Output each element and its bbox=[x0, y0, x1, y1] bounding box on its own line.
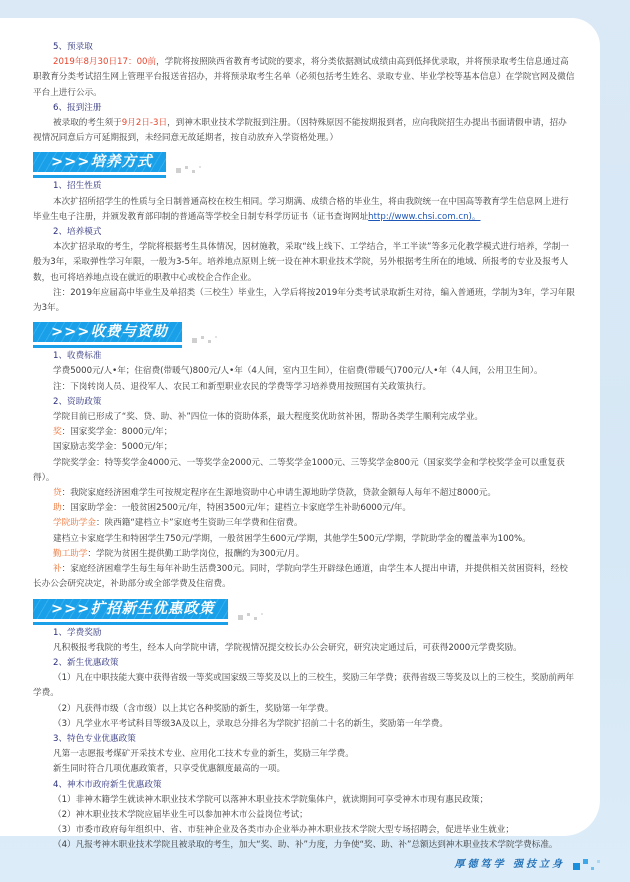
subheading-enrollment-nature: 1、招生性质 bbox=[33, 179, 575, 194]
list-item: （1）凡在中职技能大赛中获得省级一等奖或国家级三等奖及以上的三校生，奖励三年学费… bbox=[33, 671, 575, 701]
paragraph-inspirational-scholarship: 国家励志奖学金：5000元/年； bbox=[33, 440, 575, 455]
paragraph-work-study: 勤工助学：学院为贫困生提供勤工助学岗位，报酬约为300元/月。 bbox=[33, 547, 575, 562]
paragraph-training-note: 注：2019年应届高中毕业生及单招类（三校生）毕业生，入学后将按2019年分类考… bbox=[33, 286, 575, 316]
subheading-registration: 6、报到注册 bbox=[33, 101, 575, 116]
paragraph-pre-admission: 2019年8月30日17：00前，学院将按照陕西省教育考试院的要求，将分类依据测… bbox=[33, 55, 575, 101]
section-header-fees: >>>收费与资助 bbox=[33, 319, 575, 345]
deadline-highlight: 2019年8月30日17：00前 bbox=[53, 57, 156, 67]
subheading-tuition-award: 1、学费奖励 bbox=[33, 626, 575, 641]
paragraph-fees: 学费5000元/人•年；住宿费(带暖气)800元/人•年（4人间，室内卫生间），… bbox=[33, 364, 575, 379]
paragraph-special-major-note: 新生同时符合几项优惠政策者，只享受优惠额度最高的一项。 bbox=[33, 762, 575, 777]
footer: 厚德笃学 强技立身 bbox=[455, 855, 600, 870]
section-banner: >>>培养方式 bbox=[33, 152, 166, 175]
paragraph-scholarship: 奖：国家奖学金：8000元/年； bbox=[33, 425, 575, 440]
section-banner: >>>扩招新生优惠政策 bbox=[33, 599, 228, 622]
paragraph-college-grant: 学院助学金：陕西籍“建档立卡”家庭考生资助三年学费和住宿费。 bbox=[33, 516, 575, 531]
subheading-government-policy: 4、神木市政府新生优惠政策 bbox=[33, 778, 575, 793]
paragraph-training-mode: 本次扩招录取的考生，学院将根据考生具体情况，因材施教，采取“线上线下、工学结合，… bbox=[33, 240, 575, 286]
paragraph-loan: 贷：我院家庭经济困难学生可按规定程序在生源地资助中心申请生源地助学贷款，贷款金额… bbox=[33, 486, 575, 501]
decorative-dots-icon bbox=[176, 166, 201, 175]
paragraph-subsidy: 补：家庭经济困难学生每生每年补助生活费300元。同时，学院向学生开辟绿色通道，由… bbox=[33, 562, 575, 592]
list-item: （2）凡获得市级（含市级）以上其它各种奖励的新生，奖励第一年学费。 bbox=[33, 702, 575, 717]
section-header-policy: >>>扩招新生优惠政策 bbox=[33, 596, 575, 622]
subheading-training-mode: 2、培养模式 bbox=[33, 225, 575, 240]
list-item: （3）凡学业水平考试科目等级3A及以上，录取总分排名为学院扩招前二十名的新生，奖… bbox=[33, 717, 575, 732]
list-item: （1）非神木籍学生就读神木职业技术学院可以落神木职业技术学院集体户，就读期间可享… bbox=[33, 793, 575, 808]
subheading-pre-admission: 5、预录取 bbox=[33, 40, 575, 55]
document-content: 5、预录取 2019年8月30日17：00前，学院将按照陕西省教育考试院的要求，… bbox=[33, 40, 575, 854]
paragraph-registration: 被录取的考生须于9月2日-3日，到神木职业技术学院报到注册。（因特殊原因不能按期… bbox=[33, 116, 575, 146]
paragraph-college-scholarship: 学院奖学金：特等奖学金4000元、一等奖学金2000元、二等奖学金1000元、三… bbox=[33, 456, 575, 486]
list-item: （3）市委市政府每年组织中、省、市驻神企业及各类市办企业举办神木职业技术学院大型… bbox=[33, 823, 575, 838]
paragraph-fees-note: 注：下岗转岗人员、退役军人、农民工和新型职业农民的学费等学习培养费用按照国有关政… bbox=[33, 380, 575, 395]
paragraph-college-grant-detail: 建档立卡家庭学生和特困学生750元/学期，一般贫困学生600元/学期，其他学生5… bbox=[33, 532, 575, 547]
paragraph-enrollment-nature: 本次扩招所招学生的性质与全日制普通高校在校生相同。学习期满、成绩合格的毕业生，将… bbox=[33, 195, 575, 225]
decorative-dots-icon bbox=[192, 336, 217, 345]
chsi-link[interactable]: http://www.chsi.com.cn)。 bbox=[368, 212, 480, 222]
school-motto: 厚德笃学 强技立身 bbox=[455, 855, 565, 870]
list-item: （2）神木职业技术学院应届毕业生可以参加神木市公益岗位考试； bbox=[33, 808, 575, 823]
date-highlight: 9月2日-3日 bbox=[122, 118, 167, 128]
section-header-training: >>>培养方式 bbox=[33, 149, 575, 175]
page-card: 5、预录取 2019年8月30日17：00前，学院将按照陕西省教育考试院的要求，… bbox=[0, 18, 600, 836]
decorative-squares-icon bbox=[573, 859, 600, 870]
paragraph-grant: 助：国家助学金：一般贫困2500元/年，特困3500元/年；建档立卡家庭学生补助… bbox=[33, 501, 575, 516]
subheading-special-major-policy: 3、特色专业优惠政策 bbox=[33, 732, 575, 747]
list-item: （4）凡报考神木职业技术学院且被录取的考生，加大“奖、助、补”力度，力争使“奖、… bbox=[33, 838, 575, 853]
section-banner: >>>收费与资助 bbox=[33, 322, 182, 345]
subheading-new-student-policy: 2、新生优惠政策 bbox=[33, 656, 575, 671]
paragraph-aid-intro: 学院目前已形成了“奖、贷、助、补”四位一体的资助体系，最大程度奖优助贫补困，帮助… bbox=[33, 410, 575, 425]
subheading-fee-standard: 1、收费标准 bbox=[33, 349, 575, 364]
decorative-dots-icon bbox=[238, 613, 263, 622]
subheading-aid-policy: 2、资助政策 bbox=[33, 395, 575, 410]
paragraph-special-major: 凡第一志愿报考煤矿开采技术专业、应用化工技术专业的新生，奖励三年学费。 bbox=[33, 747, 575, 762]
paragraph-tuition-award: 凡积极报考我院的考生，经本人向学院申请，学院视情况提交校长办公会研究，研究决定通… bbox=[33, 641, 575, 656]
